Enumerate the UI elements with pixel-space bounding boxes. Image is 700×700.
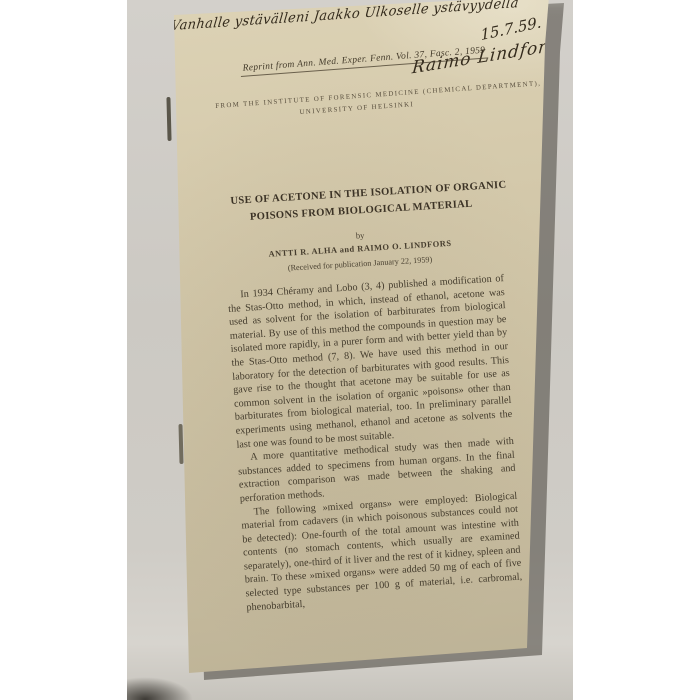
abstract-body-text: In 1934 Chéramy and Lobo (3, 4) publishe… xyxy=(227,272,523,615)
staple-mark-top xyxy=(166,97,171,141)
staple-mark-middle xyxy=(178,424,183,464)
body-paragraph-3: The following »mixed organs» were employ… xyxy=(240,489,523,614)
photo-backdrop: Vanhalle ystävälleni Jaakko Ulkoselle ys… xyxy=(127,0,573,700)
paper-title: USE OF ACETONE IN THE ISOLATION OF ORGAN… xyxy=(230,179,491,227)
handwritten-dedication: Vanhalle ystävälleni Jaakko Ulkoselle ys… xyxy=(170,0,519,34)
photo-of-reprint-booklet: Vanhalle ystävälleni Jaakko Ulkoselle ys… xyxy=(0,0,700,700)
institute-attribution: FROM THE INSTITUTE OF FORENSIC MEDICINE … xyxy=(215,81,498,125)
reprint-cover-page: Vanhalle ystävälleni Jaakko Ulkoselle ys… xyxy=(150,0,570,688)
body-paragraph-1: In 1934 Chéramy and Lobo (3, 4) publishe… xyxy=(227,272,513,452)
